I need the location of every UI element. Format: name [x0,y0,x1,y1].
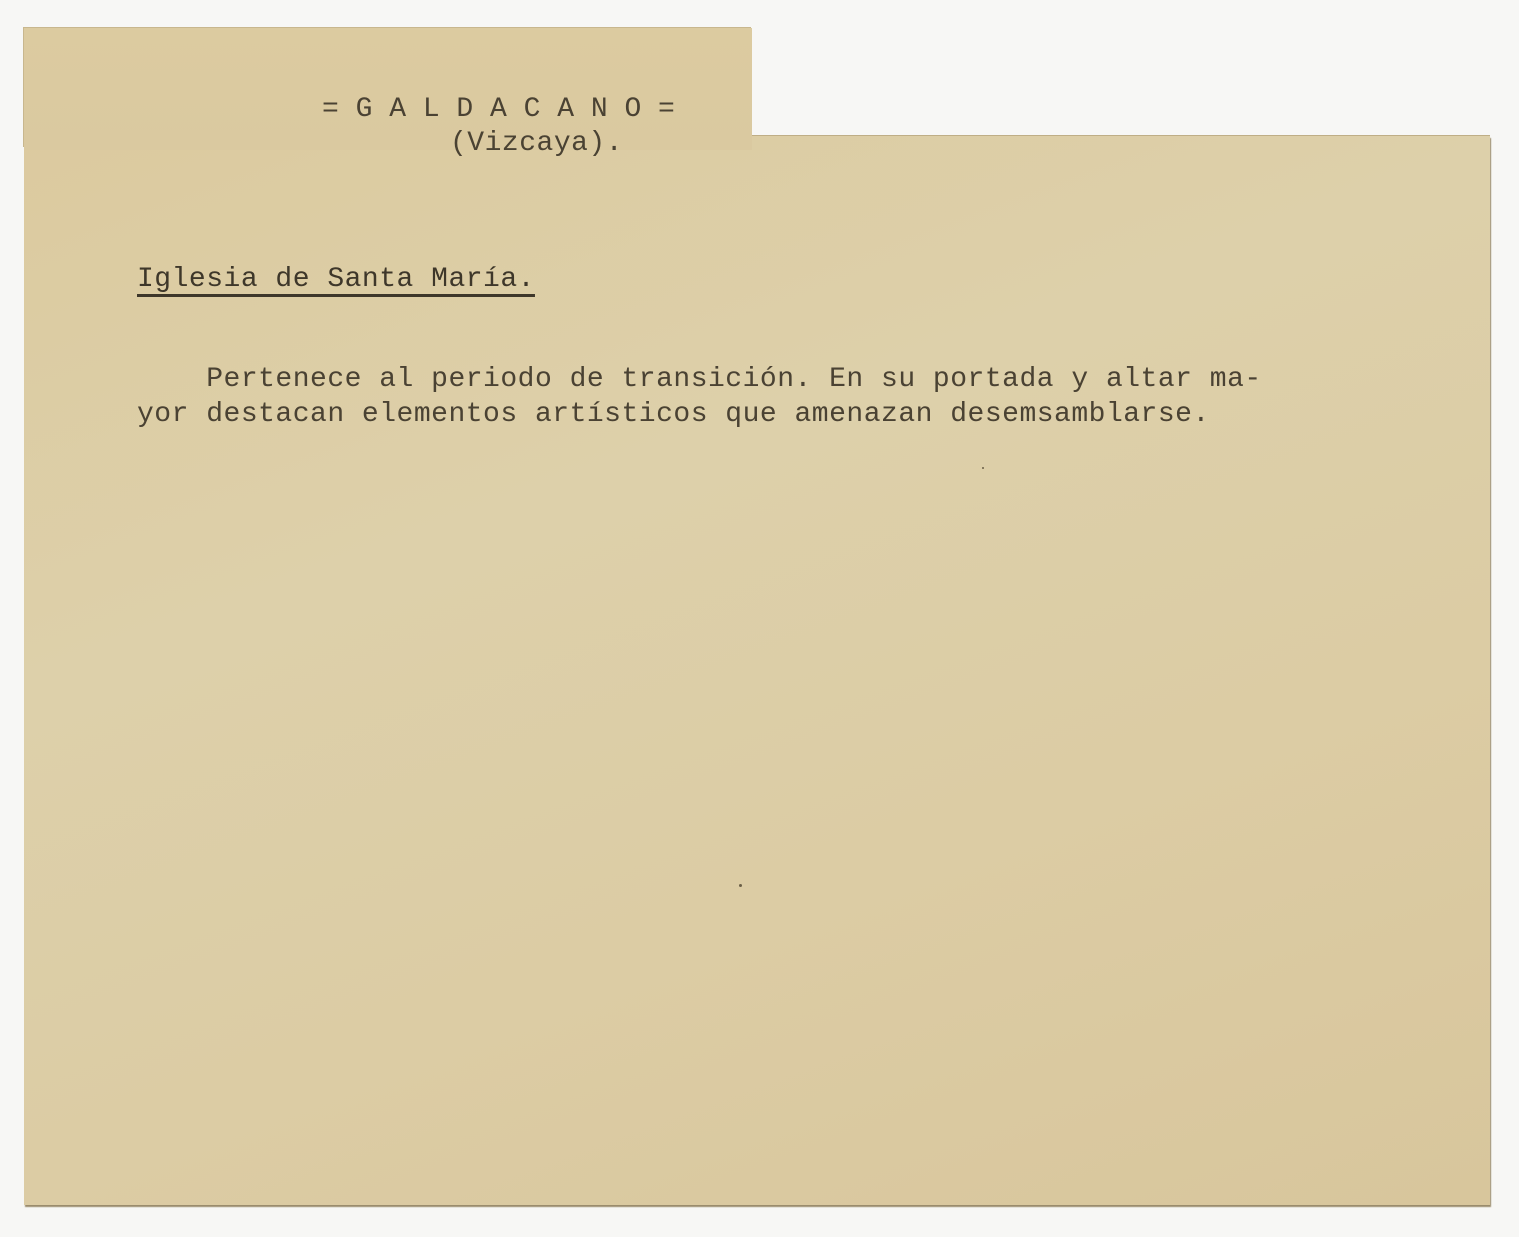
document-scan: = G A L D A C A N O = (Vizcaya). Iglesia… [0,0,1519,1237]
index-card-join [24,130,752,150]
body-text-line: Pertenece al periodo de transición. En s… [137,364,1262,395]
paper-speck [739,884,742,887]
entry-heading: Iglesia de Santa María. [137,264,535,295]
body-text-line: yor destacan elementos artísticos que am… [137,399,1210,430]
province-label: (Vizcaya). [450,128,623,159]
place-title: = G A L D A C A N O = [322,94,675,125]
index-card [24,136,1490,1205]
paper-speck [982,467,984,469]
